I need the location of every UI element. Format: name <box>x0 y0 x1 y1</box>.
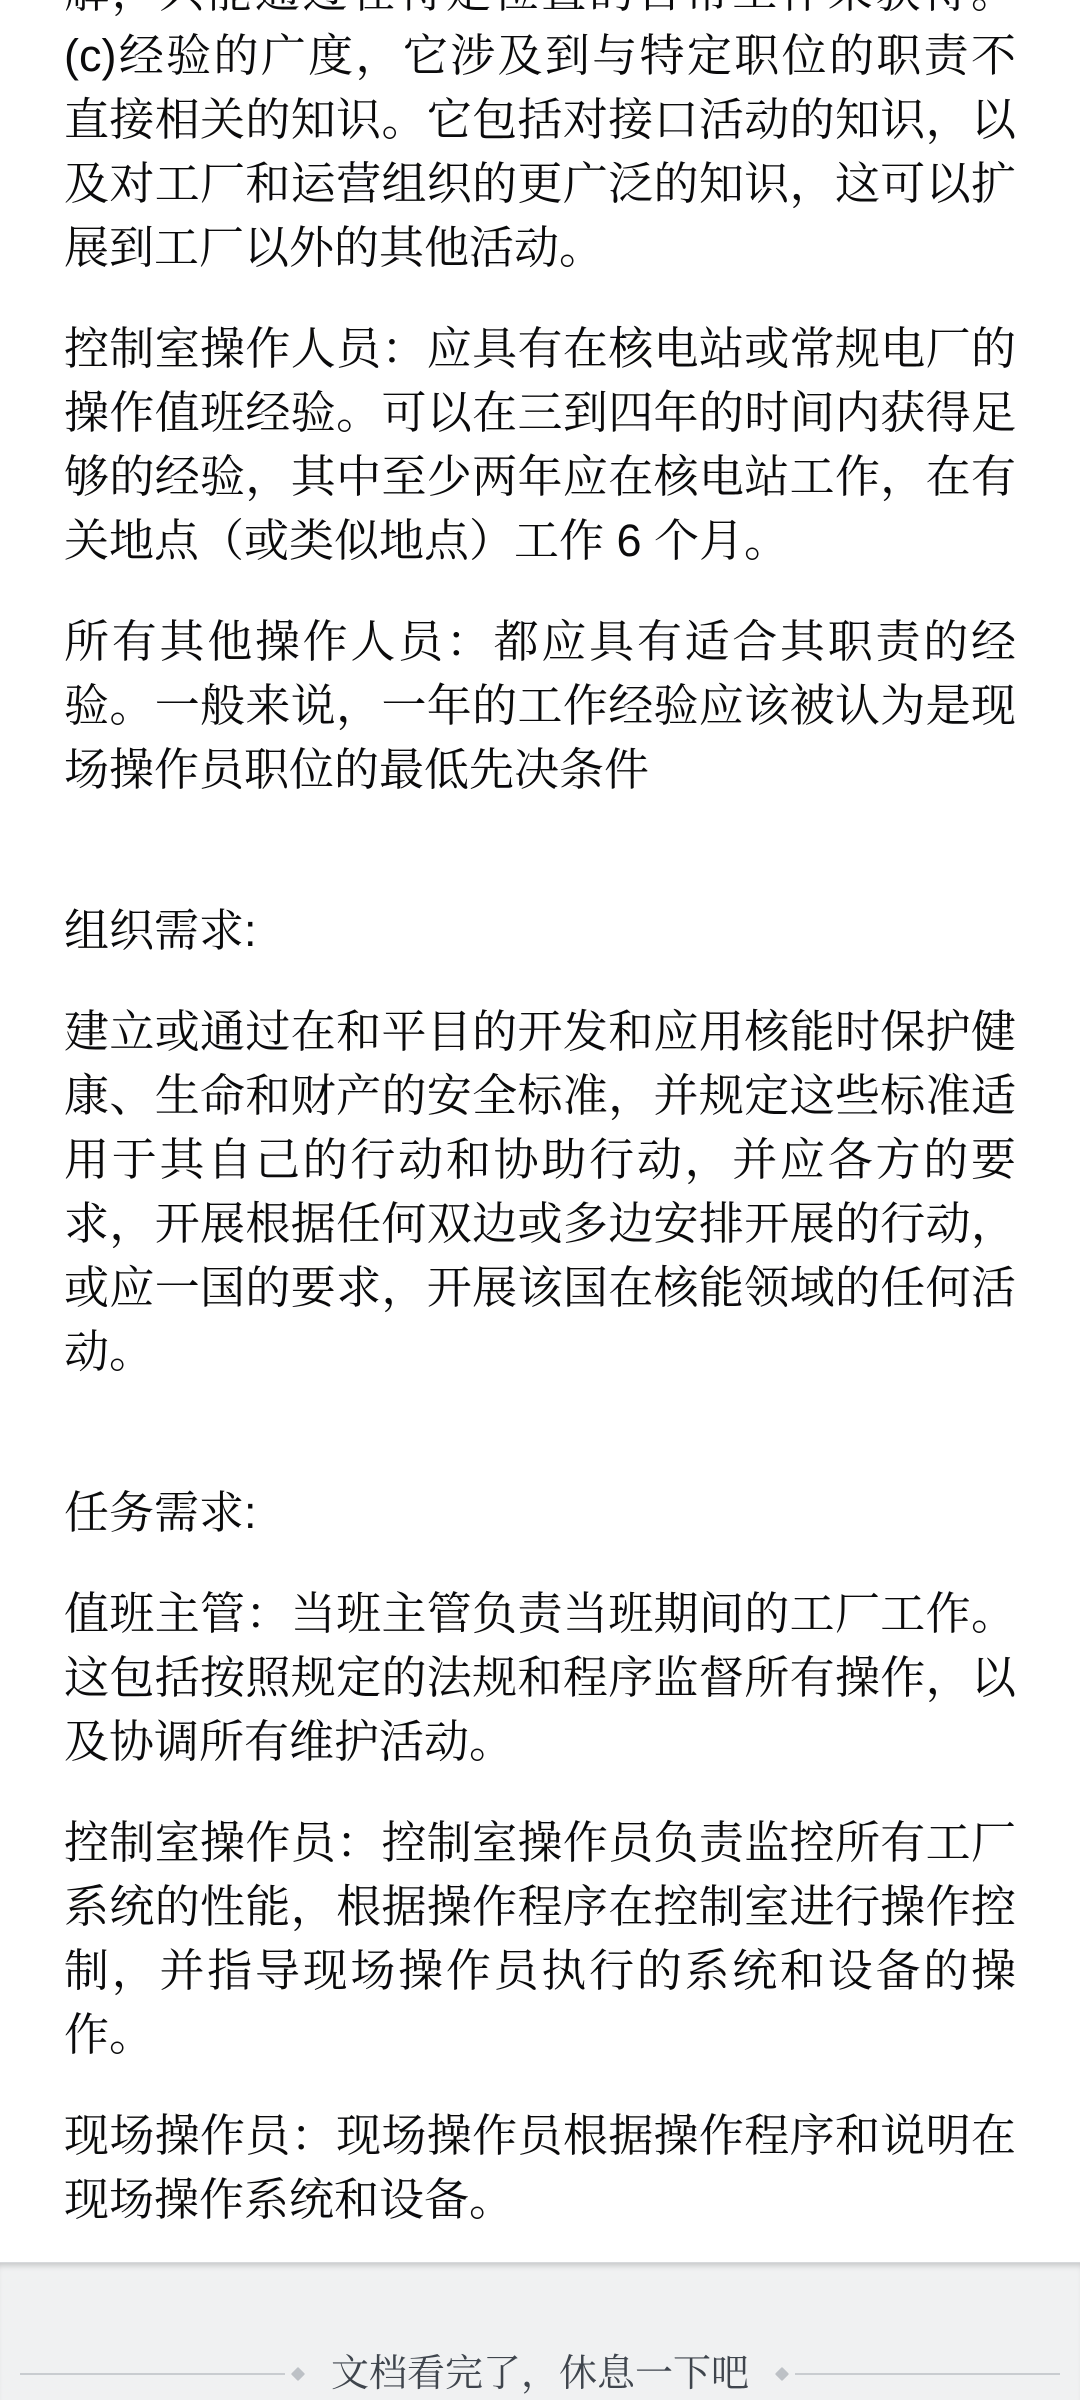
document-paragraph: 现场操作员：现场操作员根据操作程序和说明在现场操作系统和设备。 <box>64 2104 1016 2232</box>
end-of-document-row: 文档看完了，休息一下吧 <box>20 2348 1060 2400</box>
document-paragraph: 所有其他操作人员：都应具有适合其职责的经验。一般来说，一年的工作经验应该被认为是… <box>64 610 1016 802</box>
document-paragraph: 控制室操作员：控制室操作员负责监控所有工厂系统的性能，根据操作程序在控制室进行操… <box>64 1811 1016 2067</box>
document-paragraph: 控制室操作人员：应具有在核电站或常规电厂的操作值班经验。可以在三到四年的时间内获… <box>64 317 1016 573</box>
document-paragraph: 值班主管：当班主管负责当班期间的工厂工作。这包括按照规定的法规和程序监督所有操作… <box>64 1582 1016 1774</box>
diamond-icon-right <box>775 2367 789 2381</box>
section-heading-task-requirements: 任务需求: <box>64 1481 1016 1545</box>
section-heading-organization-requirements: 组织需求: <box>64 899 1016 963</box>
document-reader-screen: 解，只能通过在特定位置的日常工作来获得。(c)经验的广度，它涉及到与特定职位的职… <box>0 0 1080 2400</box>
diamond-icon-left <box>291 2367 305 2381</box>
divider-line-left <box>20 2373 285 2375</box>
end-of-document-banner: 文档看完了，休息一下吧 <box>0 2262 1080 2400</box>
document-paragraph: 解，只能通过在特定位置的日常工作来获得。(c)经验的广度，它涉及到与特定职位的职… <box>64 0 1016 280</box>
document-paragraph: 建立或通过在和平目的开发和应用核能时保护健康、生命和财产的安全标准，并规定这些标… <box>64 1000 1016 1384</box>
divider-line-right <box>795 2373 1060 2375</box>
document-scroll-area[interactable]: 解，只能通过在特定位置的日常工作来获得。(c)经验的广度，它涉及到与特定职位的职… <box>0 0 1080 2262</box>
end-of-document-message: 文档看完了，休息一下吧 <box>331 2350 749 2398</box>
